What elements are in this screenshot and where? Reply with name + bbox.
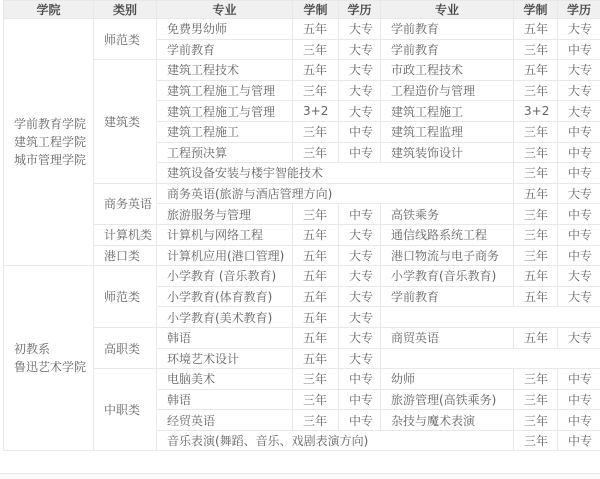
college-name-line: 初教系: [14, 340, 89, 358]
degree-cell: 中专: [558, 142, 600, 163]
duration-cell: 五年: [293, 245, 339, 266]
major-cell: 小学教育(音乐教育): [381, 266, 514, 287]
major-cell: 学前教育: [381, 19, 514, 40]
major-cell: 杂技与魔术表演: [381, 410, 514, 431]
duration-cell: 三年: [514, 224, 558, 245]
major-cell: 市政工程技术: [381, 60, 514, 81]
duration-cell: 三年: [514, 389, 558, 410]
major-cell: 建筑装饰设计: [381, 142, 514, 163]
degree-cell: 大专: [339, 245, 381, 266]
major-cell: 商贸英语: [381, 327, 514, 348]
degree-cell: 大专: [558, 327, 600, 348]
college-name-line: 城市管理学院: [14, 151, 89, 169]
degree-cell: 大专: [558, 19, 600, 40]
major-cell: 建筑工程技术: [157, 60, 293, 81]
major-cell: 电脑美术: [157, 369, 293, 390]
column-header-duration-2: 学制: [514, 1, 558, 19]
column-header-duration-1: 学制: [293, 1, 339, 19]
major-cell: 学前教育: [381, 286, 514, 307]
degree-cell: 大专: [339, 39, 381, 60]
degree-cell: 中专: [558, 245, 600, 266]
degree-cell: 中专: [339, 389, 381, 410]
major-cell: 通信线路系统工程: [381, 224, 514, 245]
duration-cell: 三年: [293, 389, 339, 410]
program-table-header: 学院 类别 专业 学制 学历 专业 学制 学历: [4, 1, 600, 19]
degree-cell: 中专: [339, 121, 381, 142]
degree-cell: 中专: [339, 369, 381, 390]
duration-cell: 三年: [293, 369, 339, 390]
page: 学院 类别 专业 学制 学历 专业 学制 学历 学前教育学院建筑工程学院城市管理…: [0, 0, 600, 479]
duration-cell: 五年: [293, 348, 339, 369]
degree-cell: 大专: [339, 80, 381, 101]
major-cell: 幼师: [381, 369, 514, 390]
degree-cell: 中专: [339, 204, 381, 225]
category-cell: 中职类: [94, 369, 157, 451]
college-cell: 初教系鲁迅艺术学院: [4, 266, 94, 451]
major-cell: 旅游管理(高铁乘务): [381, 389, 514, 410]
degree-cell: 大专: [558, 101, 600, 122]
degree-cell: 中专: [558, 430, 600, 451]
college-name-line: 鲁迅艺术学院: [14, 358, 89, 376]
degree-cell: 大专: [339, 348, 381, 369]
duration-cell: 三年: [293, 121, 339, 142]
program-table-body: 学前教育学院建筑工程学院城市管理学院师范类免费男幼师五年大专学前教育五年大专学前…: [4, 19, 600, 451]
duration-cell: 三年: [514, 121, 558, 142]
duration-cell: 五年: [514, 327, 558, 348]
category-cell: 建筑类: [94, 60, 157, 184]
duration-cell: 三年: [514, 430, 558, 451]
duration-cell: 三年: [293, 142, 339, 163]
duration-cell: 五年: [293, 266, 339, 287]
degree-cell: 大专: [558, 286, 600, 307]
empty-cell: [381, 348, 600, 369]
degree-cell: 大专: [339, 19, 381, 40]
major-cell: 学前教育: [381, 39, 514, 60]
major-cell: 韩语: [157, 327, 293, 348]
table-row: 学前教育学院建筑工程学院城市管理学院师范类免费男幼师五年大专学前教育五年大专: [4, 19, 600, 40]
major-cell: 计算机与网络工程: [157, 224, 293, 245]
category-cell: 高职类: [94, 327, 157, 368]
duration-cell: 三年: [293, 80, 339, 101]
major-cell: 建筑工程施工: [157, 121, 293, 142]
category-cell: 商务英语: [94, 183, 157, 224]
degree-cell: 大专: [339, 266, 381, 287]
major-cell: 建筑工程监理: [381, 121, 514, 142]
table-row: 中职类电脑美术三年中专幼师三年中专: [4, 369, 600, 390]
degree-cell: 中专: [558, 389, 600, 410]
major-cell: 港口物流与电子商务: [381, 245, 514, 266]
header-row: 学院 类别 专业 学制 学历 专业 学制 学历: [4, 1, 600, 19]
duration-cell: 五年: [514, 266, 558, 287]
major-cell: 小学教育 (音乐教育): [157, 266, 293, 287]
duration-cell: 五年: [514, 19, 558, 40]
major-cell: 音乐表演(舞蹈、音乐、戏剧表演方向): [157, 430, 514, 451]
degree-cell: 中专: [339, 142, 381, 163]
duration-cell: 三年: [514, 245, 558, 266]
degree-cell: 大专: [558, 266, 600, 287]
column-header-major-1: 专业: [157, 1, 293, 19]
major-cell: 计算机应用(港口管理): [157, 245, 293, 266]
empty-cell: [381, 307, 600, 328]
degree-cell: 大专: [339, 307, 381, 328]
degree-cell: 大专: [558, 80, 600, 101]
degree-cell: 大专: [558, 60, 600, 81]
degree-cell: 中专: [339, 410, 381, 431]
duration-cell: 五年: [293, 307, 339, 328]
column-header-college: 学院: [4, 1, 94, 19]
major-cell: 工程造价与管理: [381, 80, 514, 101]
degree-cell: 大专: [339, 101, 381, 122]
degree-cell: 中专: [558, 204, 600, 225]
category-cell: 师范类: [94, 19, 157, 60]
category-cell: 计算机类: [94, 224, 157, 245]
duration-cell: 五年: [293, 327, 339, 348]
major-cell: 旅游服务与管理: [157, 204, 293, 225]
major-cell: 工程预决算: [157, 142, 293, 163]
major-cell: 高铁乘务: [381, 204, 514, 225]
degree-cell: 大专: [339, 327, 381, 348]
duration-cell: 五年: [293, 19, 339, 40]
duration-cell: 三年: [514, 204, 558, 225]
degree-cell: 大专: [558, 183, 600, 204]
degree-cell: 中专: [558, 121, 600, 142]
duration-cell: 五年: [293, 60, 339, 81]
table-row: 商务英语商务英语(旅游与酒店管理方向)五年大专: [4, 183, 600, 204]
major-cell: 学前教育: [157, 39, 293, 60]
duration-cell: 三年: [514, 410, 558, 431]
category-cell: 师范类: [94, 266, 157, 328]
major-cell: 建筑设备安装与楼宇智能技术: [157, 163, 514, 184]
college-name-line: 建筑工程学院: [14, 133, 89, 151]
table-row: 港口类计算机应用(港口管理)五年大专港口物流与电子商务三年中专: [4, 245, 600, 266]
duration-cell: 五年: [514, 286, 558, 307]
major-cell: 建筑工程施工与管理: [157, 80, 293, 101]
duration-cell: 三年: [514, 142, 558, 163]
column-header-degree-1: 学历: [339, 1, 381, 19]
major-cell: 环境艺术设计: [157, 348, 293, 369]
major-cell: 小学教育(体育教育): [157, 286, 293, 307]
column-header-degree-2: 学历: [558, 1, 600, 19]
major-cell: 韩语: [157, 389, 293, 410]
column-header-major-2: 专业: [381, 1, 514, 19]
major-cell: 经贸英语: [157, 410, 293, 431]
college-cell: 学前教育学院建筑工程学院城市管理学院: [4, 19, 94, 266]
major-cell: 建筑工程施工与管理: [157, 101, 293, 122]
duration-cell: 3+2: [514, 101, 558, 122]
duration-cell: 三年: [514, 163, 558, 184]
major-cell: 小学教育(美术教育): [157, 307, 293, 328]
table-row: 建筑类建筑工程技术五年大专市政工程技术五年大专: [4, 60, 600, 81]
major-cell: 商务英语(旅游与酒店管理方向): [157, 183, 514, 204]
degree-cell: 中专: [558, 224, 600, 245]
duration-cell: 五年: [293, 286, 339, 307]
duration-cell: 三年: [514, 369, 558, 390]
degree-cell: 中专: [558, 410, 600, 431]
duration-cell: 五年: [514, 183, 558, 204]
duration-cell: 三年: [514, 80, 558, 101]
duration-cell: 三年: [293, 204, 339, 225]
degree-cell: 大专: [339, 60, 381, 81]
table-row: 初教系鲁迅艺术学院师范类小学教育 (音乐教育)五年大专小学教育(音乐教育)五年大…: [4, 266, 600, 287]
degree-cell: 大专: [339, 286, 381, 307]
degree-cell: 中专: [558, 369, 600, 390]
duration-cell: 三年: [293, 410, 339, 431]
degree-cell: 中专: [558, 163, 600, 184]
column-header-category: 类别: [94, 1, 157, 19]
table-row: 高职类韩语五年大专商贸英语五年大专: [4, 327, 600, 348]
duration-cell: 3+2: [293, 101, 339, 122]
degree-cell: 中专: [558, 39, 600, 60]
duration-cell: 三年: [514, 39, 558, 60]
degree-cell: 大专: [339, 224, 381, 245]
duration-cell: 五年: [293, 224, 339, 245]
table-row: 计算机类计算机与网络工程五年大专通信线路系统工程三年中专: [4, 224, 600, 245]
program-table: 学院 类别 专业 学制 学历 专业 学制 学历 学前教育学院建筑工程学院城市管理…: [3, 0, 600, 451]
bottom-partial-row: [0, 473, 600, 479]
major-cell: 免费男幼师: [157, 19, 293, 40]
college-name-line: 学前教育学院: [14, 115, 89, 133]
duration-cell: 三年: [293, 39, 339, 60]
category-cell: 港口类: [94, 245, 157, 266]
major-cell: 建筑工程施工: [381, 101, 514, 122]
duration-cell: 五年: [514, 60, 558, 81]
